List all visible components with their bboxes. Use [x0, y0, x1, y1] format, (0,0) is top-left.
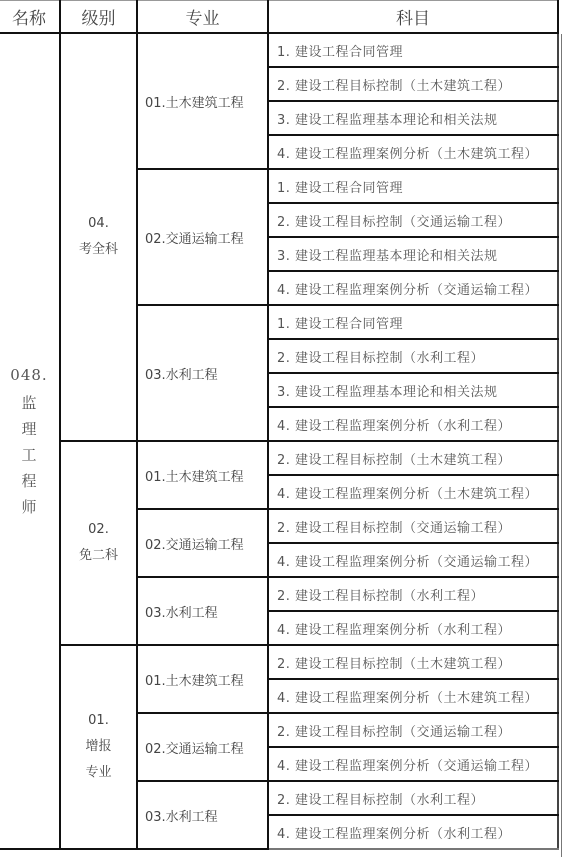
- qualification-char: 师: [0, 494, 59, 520]
- level-cell-add-major: 01. 增报 专业: [60, 645, 137, 849]
- subject-cell: 2. 建设工程目标控制（水利工程）: [268, 577, 558, 611]
- qualification-char: 程: [0, 468, 59, 494]
- level-code: 04.: [61, 211, 136, 237]
- subject-cell: 4. 建设工程监理案例分析（交通运输工程）: [268, 271, 558, 305]
- subject-cell: 3. 建设工程监理基本理论和相关法规: [268, 237, 558, 271]
- subject-cell: 4. 建设工程监理案例分析（土木建筑工程）: [268, 679, 558, 713]
- level-cell-exempt-two: 02. 免二科: [60, 441, 137, 645]
- subject-cell: 4. 建设工程监理案例分析（土木建筑工程）: [268, 475, 558, 509]
- header-major: 专业: [137, 1, 268, 34]
- exam-subject-table: 名称 级别 专业 科目 048. 监 理 工 程 师 04. 考全科: [0, 0, 559, 850]
- qualification-char: 工: [0, 442, 59, 468]
- subject-cell: 2. 建设工程目标控制（交通运输工程）: [268, 509, 558, 543]
- subject-cell: 2. 建设工程目标控制（水利工程）: [268, 781, 558, 815]
- subject-cell: 4. 建设工程监理案例分析（交通运输工程）: [268, 747, 558, 781]
- subject-cell: 4. 建设工程监理案例分析（水利工程）: [268, 407, 558, 441]
- level-label: 专业: [61, 760, 136, 786]
- major-cell: 02.交通运输工程: [137, 509, 268, 577]
- major-cell: 02.交通运输工程: [137, 169, 268, 305]
- header-subject: 科目: [268, 1, 558, 34]
- major-cell: 03.水利工程: [137, 577, 268, 645]
- subject-cell: 2. 建设工程目标控制（水利工程）: [268, 339, 558, 373]
- major-cell: 02.交通运输工程: [137, 713, 268, 781]
- table-row: 02. 免二科 01.土木建筑工程 2. 建设工程目标控制（土木建筑工程）: [0, 441, 558, 475]
- qualification-char: 监: [0, 390, 59, 416]
- level-label: 考全科: [61, 237, 136, 263]
- level-cell-full: 04. 考全科: [60, 33, 137, 441]
- qualification-name-cell: 048. 监 理 工 程 师: [0, 33, 60, 849]
- subject-cell: 3. 建设工程监理基本理论和相关法规: [268, 101, 558, 135]
- subject-cell: 1. 建设工程合同管理: [268, 33, 558, 67]
- major-cell: 03.水利工程: [137, 781, 268, 849]
- subject-cell: 2. 建设工程目标控制（交通运输工程）: [268, 713, 558, 747]
- subject-cell: 2. 建设工程目标控制（土木建筑工程）: [268, 67, 558, 101]
- subject-cell: 2. 建设工程目标控制（交通运输工程）: [268, 203, 558, 237]
- header-name: 名称: [0, 1, 60, 34]
- subject-cell: 2. 建设工程目标控制（土木建筑工程）: [268, 645, 558, 679]
- level-label: 增报: [61, 734, 136, 760]
- major-cell: 01.土木建筑工程: [137, 441, 268, 509]
- major-cell: 01.土木建筑工程: [137, 645, 268, 713]
- header-level: 级别: [60, 1, 137, 34]
- subject-cell: 1. 建设工程合同管理: [268, 305, 558, 339]
- table-row: 048. 监 理 工 程 师 04. 考全科 01.土木建筑工程 1. 建设工程…: [0, 33, 558, 67]
- major-cell: 03.水利工程: [137, 305, 268, 441]
- qualification-char: 理: [0, 416, 59, 442]
- major-cell: 01.土木建筑工程: [137, 33, 268, 169]
- subject-cell: 2. 建设工程目标控制（土木建筑工程）: [268, 441, 558, 475]
- subject-cell: 4. 建设工程监理案例分析（交通运输工程）: [268, 543, 558, 577]
- subject-cell: 4. 建设工程监理案例分析（水利工程）: [268, 815, 558, 849]
- subject-cell: 3. 建设工程监理基本理论和相关法规: [268, 373, 558, 407]
- subject-cell: 4. 建设工程监理案例分析（土木建筑工程）: [268, 135, 558, 169]
- level-code: 02.: [61, 517, 136, 543]
- table-row: 01. 增报 专业 01.土木建筑工程 2. 建设工程目标控制（土木建筑工程）: [0, 645, 558, 679]
- right-border-line: [561, 34, 562, 857]
- subject-cell: 1. 建设工程合同管理: [268, 169, 558, 203]
- subject-cell: 4. 建设工程监理案例分析（水利工程）: [268, 611, 558, 645]
- header-row: 名称 级别 专业 科目: [0, 1, 558, 34]
- qualification-code: 048.: [0, 362, 59, 388]
- level-code: 01.: [61, 708, 136, 734]
- level-label: 免二科: [61, 543, 136, 569]
